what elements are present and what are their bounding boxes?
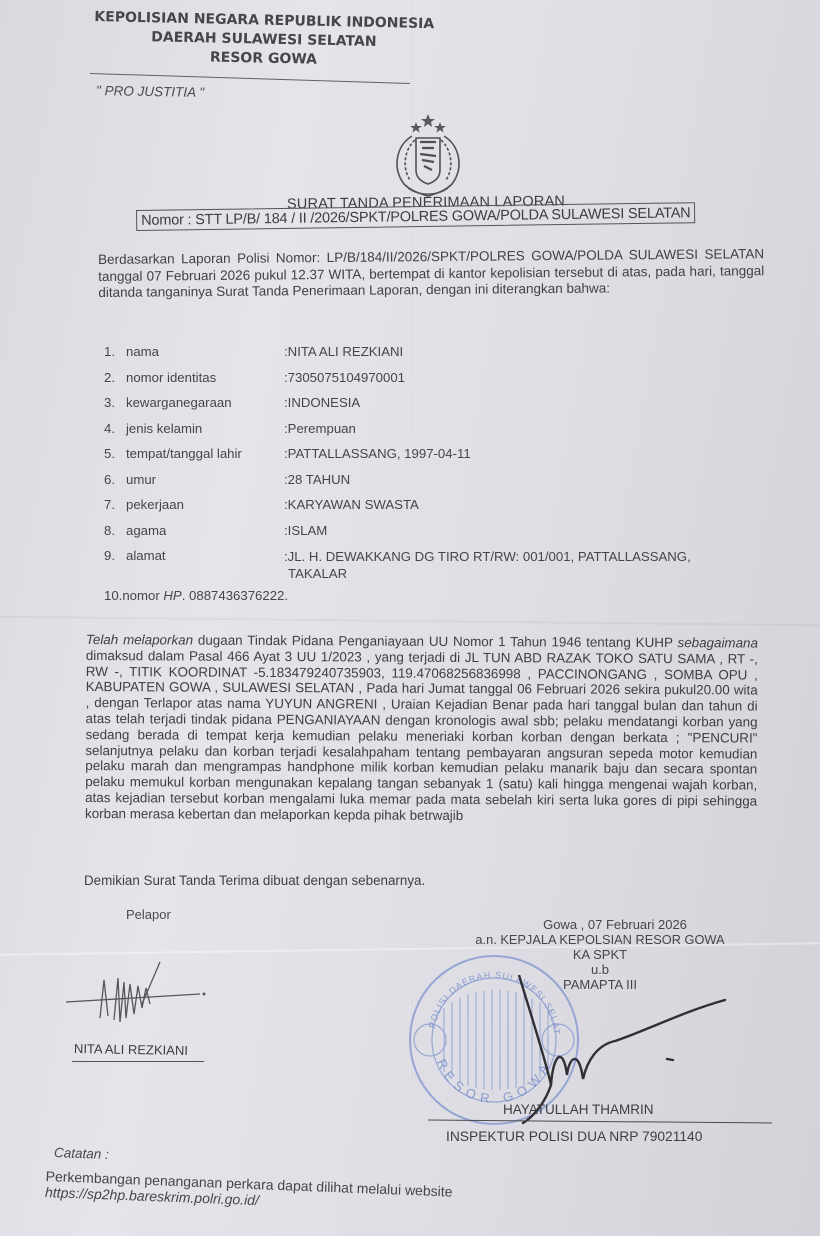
row-value: :INDONESIA (284, 395, 764, 410)
row-number: 2. (104, 370, 126, 385)
row-label: nomor identitas (126, 370, 284, 385)
phone-value: . 0887436376222. (182, 588, 288, 603)
reporter-name-underline (72, 1061, 204, 1062)
closing-statement: Demikian Surat Tanda Terima dibuat denga… (84, 873, 425, 888)
note-label: Catatan : (54, 1145, 109, 1162)
row-number: 8. (104, 523, 126, 538)
row-label: tempat/tanggal lahir (126, 446, 284, 461)
narrative-text: dugaan Tindak Pidana Penganiayaan UU Nom… (193, 633, 678, 651)
identity-row: 7. pekerjaan :KARYAWAN SWASTA (104, 497, 764, 523)
identity-row: 4. jenis kelamin :Perempuan (104, 421, 764, 447)
letterhead: KEPOLISIAN NEGARA REPUBLIK INDONESIA DAE… (91, 8, 437, 72)
phone-label: HP (163, 588, 181, 603)
on-behalf-of: a.n. KEPJALA KEPOLSIAN RESOR GOWA (450, 932, 750, 947)
identity-row: 8. agama :ISLAM (104, 523, 764, 549)
row-label: pekerjaan (126, 497, 284, 512)
address-line-1: :JL. H. DEWAKKANG DG TIRO RT/RW: 001/001… (284, 548, 764, 565)
identity-row: 1. nama :NITA ALI REZKIANI (104, 344, 764, 370)
address-line-2: TAKALAR (284, 565, 764, 582)
row-label: kewarganegaraan (126, 395, 284, 410)
identity-row: 5. tempat/tanggal lahir :PATTALLASSANG, … (104, 446, 764, 472)
place-date: Gowa , 07 Februari 2026 (450, 917, 750, 932)
row-label: agama (126, 523, 284, 538)
narrative-text: dimaksud dalam Pasal 466 Ayat 3 UU 1/202… (85, 648, 758, 823)
letterhead-divider (90, 73, 410, 84)
row-value: :ISLAM (284, 523, 764, 538)
identity-row: 9. alamat :JL. H. DEWAKKANG DG TIRO RT/R… (104, 548, 764, 588)
reporter-name: NITA ALI REZKIANI (74, 1041, 188, 1058)
narrative-lead: Telah melaporkan (86, 632, 193, 648)
officer-rank: INSPEKTUR POLISI DUA NRP 79021140 (446, 1129, 702, 1144)
incident-narrative: Telah melaporkan dugaan Tindak Pidana Pe… (85, 632, 758, 825)
reporter-signature (62, 958, 212, 1038)
officer-name: HAYATULLAH THAMRIN (503, 1102, 654, 1117)
row-value: :JL. H. DEWAKKANG DG TIRO RT/RW: 001/001… (284, 548, 764, 582)
identity-row: 6. umur :28 TAHUN (104, 472, 764, 498)
row-value: :NITA ALI REZKIANI (284, 344, 764, 359)
row-label: jenis kelamin (126, 421, 284, 436)
row-label: alamat (126, 548, 284, 563)
police-emblem-icon (382, 112, 474, 202)
row-value: :7305075104970001 (284, 370, 764, 385)
row-number: 6. (104, 472, 126, 487)
row-number: 1. (104, 344, 126, 359)
row-value: :28 TAHUN (284, 472, 764, 487)
row-value: :PATTALLASSANG, 1997-04-11 (284, 446, 764, 461)
note-text: Perkembangan penanganan perkara dapat di… (45, 1168, 453, 1216)
reporter-identity: 1. nama :NITA ALI REZKIANI 2. nomor iden… (104, 344, 764, 603)
row-number: 7. (104, 497, 126, 512)
row-number: 3. (104, 395, 126, 410)
row-label: umur (126, 472, 284, 487)
row-label: nama (126, 344, 284, 359)
row-number: 4. (104, 421, 126, 436)
identity-row: 3. kewarganegaraan :INDONESIA (104, 395, 764, 421)
phone-row: 10.nomor HP. 0887436376222. (104, 588, 764, 603)
row-value: :KARYAWAN SWASTA (284, 497, 764, 512)
row-number: 5. (104, 446, 126, 461)
phone-prefix: 10.nomor (104, 588, 163, 603)
identity-row: 2. nomor identitas :7305075104970001 (104, 370, 764, 396)
row-value: :Perempuan (284, 421, 764, 436)
narrative-italic: sebagaimana (677, 635, 757, 650)
reporter-label: Pelapor (126, 907, 171, 922)
unit-title: KA SPKT (450, 947, 750, 962)
pro-justitia: " PRO JUSTITIA " (96, 83, 204, 100)
document-number: Nomor : STT LP/B/ 184 / II /2026/SPKT/PO… (136, 202, 696, 231)
row-number: 9. (104, 548, 126, 563)
intro-paragraph: Berdasarkan Laporan Polisi Nomor: LP/B/1… (98, 246, 764, 301)
